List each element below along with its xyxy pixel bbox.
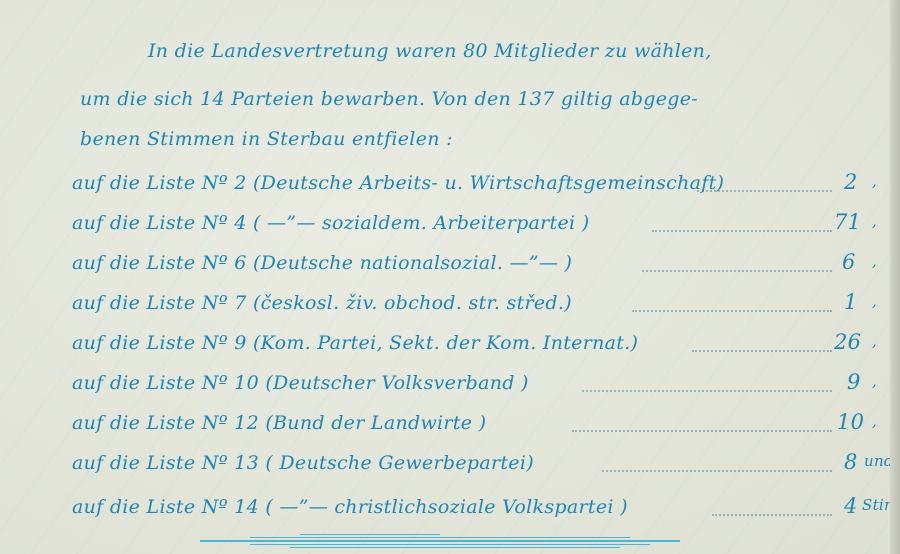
entry-label: auf die Liste Nº 2 (Deutsche Arbeits- u.… [72, 172, 724, 194]
entry-count: 2 [844, 170, 858, 194]
entry-label: auf die Liste Nº 4 ( —”— sozialdem. Arbe… [72, 212, 589, 234]
entry-label: auf die Liste Nº 12 (Bund der Landwirte … [72, 412, 486, 434]
entry-count: 4 [844, 494, 858, 518]
list-entry: auf die Liste Nº 7 (českosl. živ. obchod… [72, 292, 872, 322]
entry-count: 6 [842, 250, 856, 274]
entry-suffix: , [872, 292, 877, 310]
list-entry: auf die Liste Nº 12 (Bund der Landwirte … [72, 412, 872, 442]
entry-count: 71 [834, 210, 861, 234]
entry-count: 9 [847, 370, 861, 394]
intro-line-1: In die Landesvertretung waren 80 Mitglie… [148, 40, 712, 62]
leader-dots [642, 268, 832, 272]
leader-dots [692, 348, 832, 352]
leader-dots [652, 228, 832, 232]
intro-line-3: benen Stimmen in Sterbau entfielen : [80, 128, 453, 150]
entry-label: auf die Liste Nº 10 (Deutscher Volksverb… [72, 372, 529, 394]
entry-label: auf die Liste Nº 13 ( Deutsche Gewerbepa… [72, 452, 534, 474]
entry-suffix: , [872, 412, 877, 430]
entry-suffix: , [872, 332, 877, 350]
leader-dots [632, 308, 832, 312]
entry-label: auf die Liste Nº 14 ( —”— christlichsozi… [72, 496, 628, 518]
entry-suffix: , [872, 252, 877, 270]
list-entry: auf die Liste Nº 9 (Kom. Partei, Sekt. d… [72, 332, 872, 362]
page-edge [890, 0, 900, 554]
list-entry: auf die Liste Nº 6 (Deutsche nationalsoz… [72, 252, 872, 282]
list-entry: auf die Liste Nº 2 (Deutsche Arbeits- u.… [72, 172, 872, 202]
list-entry: auf die Liste Nº 4 ( —”— sozialdem. Arbe… [72, 212, 872, 242]
intro-line-2: um die sich 14 Parteien bewarben. Von de… [80, 88, 698, 110]
entry-label: auf die Liste Nº 7 (českosl. živ. obchod… [72, 292, 572, 314]
list-entry: auf die Liste Nº 10 (Deutscher Volksverb… [72, 372, 872, 402]
entry-count: 1 [844, 290, 858, 314]
leader-dots [712, 512, 832, 516]
document-page: In die Landesvertretung waren 80 Mitglie… [0, 0, 900, 554]
list-entry: auf die Liste Nº 13 ( Deutsche Gewerbepa… [72, 452, 872, 482]
entry-label: auf die Liste Nº 9 (Kom. Partei, Sekt. d… [72, 332, 638, 354]
list-entry: auf die Liste Nº 14 ( —”— christlichsozi… [72, 496, 872, 526]
entry-count: 8 [844, 450, 858, 474]
entry-suffix: , [872, 372, 877, 390]
entry-count: 10 [837, 410, 864, 434]
leader-dots [572, 428, 832, 432]
entry-count: 26 [834, 330, 861, 354]
leader-dots [582, 388, 832, 392]
entry-suffix: , [872, 212, 877, 230]
leader-dots [697, 188, 832, 192]
entry-suffix: , [872, 172, 877, 190]
entry-label: auf die Liste Nº 6 (Deutsche nationalsoz… [72, 252, 572, 274]
leader-dots [602, 468, 832, 472]
